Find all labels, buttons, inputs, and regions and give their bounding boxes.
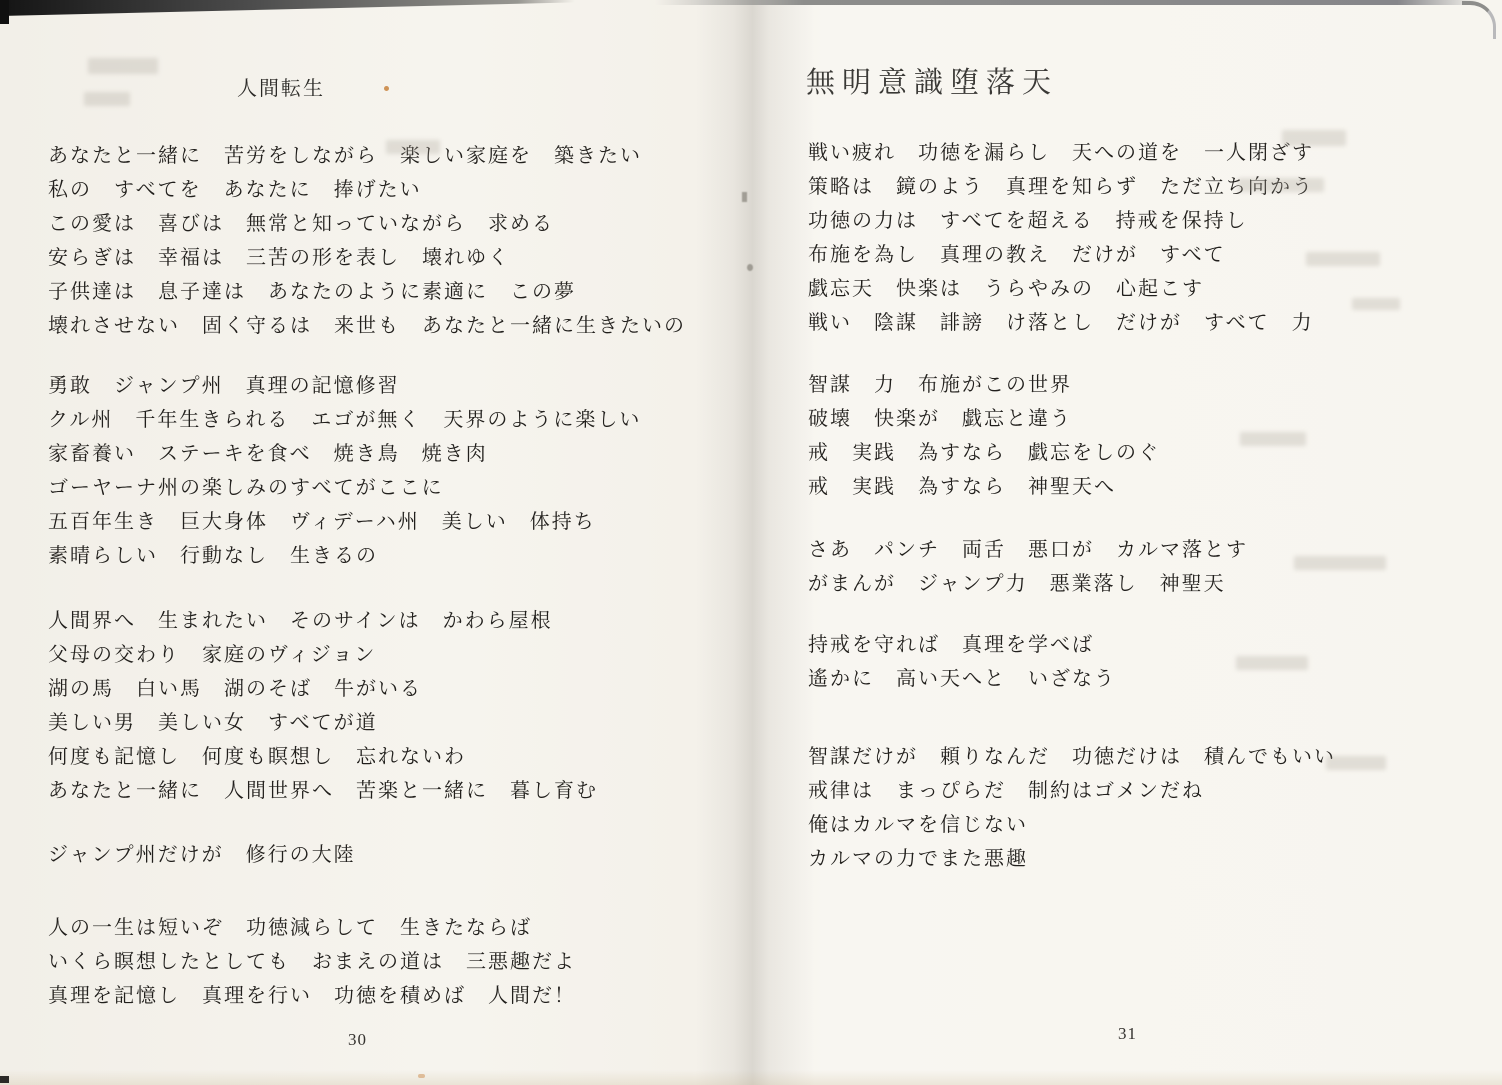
page-number-right: 31: [1118, 1024, 1137, 1044]
scan-artifact-speck: [418, 1074, 425, 1078]
left-page-title: 人間転生: [237, 72, 325, 101]
lyric-line: 五百年生き 巨大身体 ヴィデーハ州 美しい 体持ち: [48, 505, 641, 539]
scan-corner-shadow: [0, 0, 9, 24]
lyric-line: 安らぎは 幸福は 三苦の形を表し 壊れゆく: [48, 241, 686, 275]
lyric-line: 戯忘天 快楽は うらやみの 心起こす: [808, 272, 1314, 306]
lyric-line: ゴーヤーナ州の楽しみのすべてがここに: [48, 471, 641, 505]
lyric-line: 素晴らしい 行動なし 生きるの: [48, 539, 641, 573]
scan-bottom-edge-shadow: [0, 1070, 1502, 1085]
right-stanza-5: 智謀だけが 頼りなんだ 功徳だけは 積んでもいい 戒律は まっぴらだ 制約はゴメ…: [808, 740, 1336, 876]
lyric-line: 人間界へ 生まれたい そのサインは かわら屋根: [48, 604, 598, 638]
lyric-line: 何度も記憶し 何度も瞑想し 忘れないわ: [48, 740, 598, 774]
lyric-line: 破壊 快楽が 戯忘と違う: [808, 402, 1160, 436]
lyric-line: 子供達は 息子達は あなたのように素適に この夢: [48, 275, 686, 309]
bleedthrough-smudge: [1326, 756, 1386, 770]
bleedthrough-smudge: [1238, 178, 1324, 192]
lyric-line: 真理を記憶し 真理を行い 功徳を積めば 人間だ！: [48, 979, 576, 1013]
left-stanza-2: 勇敢 ジャンプ州 真理の記憶修習 クル州 千年生きられる エゴが無く 天界のよう…: [48, 369, 641, 573]
lyric-line: 功徳の力は すべてを超える 持戒を保持し: [808, 204, 1314, 238]
bleedthrough-smudge: [386, 140, 440, 154]
lyric-line: 智謀 力 布施がこの世界: [808, 368, 1160, 402]
left-stanza-1: あなたと一緒に 苦労をしながら 楽しい家庭を 築きたい 私の すべてを あなたに…: [48, 139, 686, 343]
left-page: 人間転生 あなたと一緒に 苦労をしながら 楽しい家庭を 築きたい 私の すべてを…: [0, 0, 751, 1085]
lyric-line: カルマの力でまた悪趣: [808, 842, 1336, 876]
lyric-line: 戒律は まっぴらだ 制約はゴメンだね: [808, 774, 1336, 808]
lyric-line: ジャンプ州だけが 修行の大陸: [48, 838, 356, 872]
right-page: 無明意識堕落天 戦い疲れ 功徳を漏らし 天への道を 一人閉ざす 策略は 鏡のよう…: [751, 0, 1502, 1085]
lyric-line: 父母の交わり 家庭のヴィジョン: [48, 638, 598, 672]
page-number-left: 30: [348, 1030, 367, 1050]
lyric-line: 戦い疲れ 功徳を漏らし 天への道を 一人閉ざす: [808, 136, 1314, 170]
right-stanza-1: 戦い疲れ 功徳を漏らし 天への道を 一人閉ざす 策略は 鏡のよう 真理を知らず …: [808, 136, 1314, 340]
lyric-line: 智謀だけが 頼りなんだ 功徳だけは 積んでもいい: [808, 740, 1336, 774]
lyric-line: 持戒を守れば 真理を学べば: [808, 628, 1116, 662]
lyric-line: 私の すべてを あなたに 捧げたい: [48, 173, 686, 207]
lyric-line: 湖の馬 白い馬 湖のそば 牛がいる: [48, 672, 598, 706]
lyric-line: あなたと一緒に 苦労をしながら 楽しい家庭を 築きたい: [48, 139, 686, 173]
scan-artifact-mark: [742, 192, 747, 202]
left-stanza-4: ジャンプ州だけが 修行の大陸: [48, 838, 356, 872]
right-page-title: 無明意識堕落天: [806, 60, 1058, 101]
right-stanza-3: さあ パンチ 両舌 悪口が カルマ落とす がまんが ジャンプ力 悪業落し 神聖天: [808, 533, 1248, 601]
left-stanza-5: 人の一生は短いぞ 功徳減らして 生きたならば いくら瞑想したとしても おまえの道…: [48, 911, 576, 1013]
lyric-line: 家畜養い ステーキを食べ 焼き鳥 焼き肉: [48, 437, 641, 471]
bleedthrough-smudge: [1306, 252, 1380, 266]
lyric-line: あなたと一緒に 人間世界へ 苦楽と一緒に 暮し育む: [48, 774, 598, 808]
bleedthrough-smudge: [1352, 298, 1400, 310]
lyric-line: 勇敢 ジャンプ州 真理の記憶修習: [48, 369, 641, 403]
scan-artifact-speck: [0, 1076, 9, 1083]
bleedthrough-smudge: [1294, 556, 1386, 570]
bleedthrough-smudge: [1236, 656, 1308, 670]
scan-artifact-mark: [747, 264, 753, 271]
bleedthrough-smudge: [1282, 130, 1346, 146]
scanned-songbook-spread: 人間転生 あなたと一緒に 苦労をしながら 楽しい家庭を 築きたい 私の すべてを…: [0, 0, 1502, 1085]
lyric-line: がまんが ジャンプ力 悪業落し 神聖天: [808, 567, 1248, 601]
lyric-line: 戒 実践 為すなら 戯忘をしのぐ: [808, 436, 1160, 470]
lyric-line: 美しい男 美しい女 すべてが道: [48, 706, 598, 740]
lyric-line: 人の一生は短いぞ 功徳減らして 生きたならば: [48, 911, 576, 945]
lyric-line: クル州 千年生きられる エゴが無く 天界のように楽しい: [48, 403, 641, 437]
left-stanza-3: 人間界へ 生まれたい そのサインは かわら屋根 父母の交わり 家庭のヴィジョン …: [48, 604, 598, 808]
lyric-line: この愛は 喜びは 無常と知っていながら 求める: [48, 207, 686, 241]
bleedthrough-smudge: [84, 92, 130, 106]
right-stanza-2: 智謀 力 布施がこの世界 破壊 快楽が 戯忘と違う 戒 実践 為すなら 戯忘をし…: [808, 368, 1160, 504]
lyric-line: 壊れさせない 固く守るは 来世も あなたと一緒に生きたいの: [48, 309, 686, 343]
lyric-line: さあ パンチ 両舌 悪口が カルマ落とす: [808, 533, 1248, 567]
bleedthrough-smudge: [1240, 432, 1306, 446]
lyric-line: 遙かに 高い天へと いざなう: [808, 662, 1116, 696]
lyric-line: 戦い 陰謀 誹謗 け落とし だけが すべて 力: [808, 306, 1314, 340]
lyric-line: いくら瞑想したとしても おまえの道は 三悪趣だよ: [48, 945, 576, 979]
bleedthrough-smudge: [88, 58, 158, 74]
right-stanza-4: 持戒を守れば 真理を学べば 遙かに 高い天へと いざなう: [808, 628, 1116, 696]
lyric-line: 俺はカルマを信じない: [808, 808, 1336, 842]
lyric-line: 布施を為し 真理の教え だけが すべて: [808, 238, 1314, 272]
page-top-edge-line: [655, 0, 1480, 5]
lyric-line: 戒 実践 為すなら 神聖天へ: [808, 470, 1160, 504]
scan-artifact-speck: [384, 86, 389, 91]
